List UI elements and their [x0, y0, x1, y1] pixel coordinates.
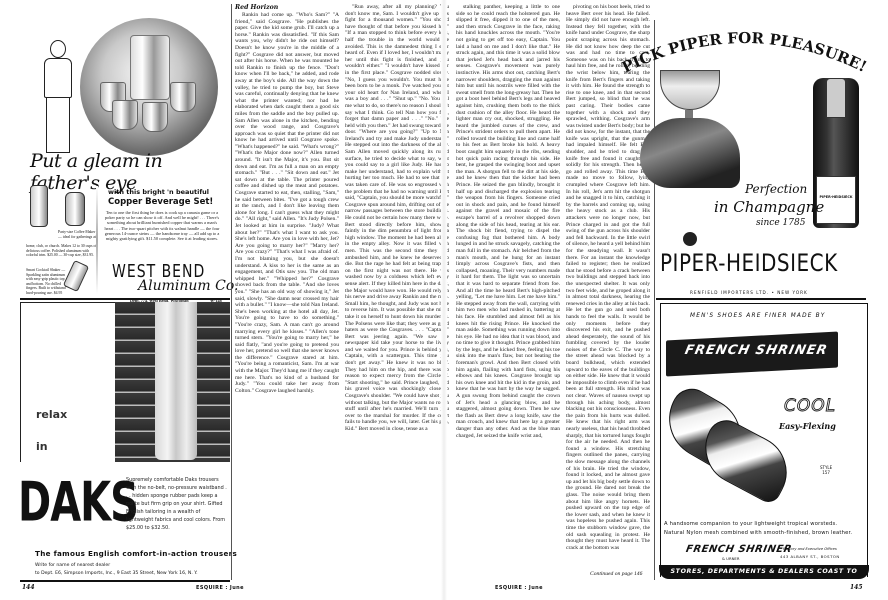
copper-pitcher-illustration [130, 35, 170, 100]
story-column-2: "Run away, after all my planning? You do… [345, 4, 449, 580]
west-bend-subhead: with this bright 'n beautiful [108, 188, 209, 196]
story-paragraph: pivoting on his boot heels, tried to hea… [566, 4, 650, 551]
daks-frame [20, 302, 116, 462]
story-column-1: Rankin had come up. "Who's Sam?" "A frie… [235, 12, 339, 580]
west-bend-body-copy: Ten to one the first thing he does is co… [104, 210, 220, 241]
hand-illustration [640, 118, 740, 188]
divider [20, 580, 230, 582]
daks-trousers-photo [155, 302, 197, 460]
fs-style-value: 157 [820, 470, 832, 475]
story-paragraph: Rankin had come up. "Who's Sam?" "A frie… [235, 12, 339, 394]
page-gutter [441, 0, 447, 600]
bottle-foil-neck [826, 78, 846, 118]
fs-logo: FRENCH SHRINER [685, 544, 793, 555]
piper-importer: RENFIELD IMPORTERS LTD. • NEW YORK [690, 290, 808, 295]
story-paragraph: "Run away, after all my planning? You do… [345, 4, 449, 433]
piper-brand-logo: PIPER-HEIDSIECK [660, 248, 838, 277]
piper-seal-icon [683, 232, 697, 246]
story-column-3: stalking panther, keeping a little to on… [456, 4, 560, 580]
man-with-tray-illustration [38, 40, 78, 155]
mug-illustration [170, 82, 196, 112]
left-page-number: 144 [22, 584, 35, 591]
fs-banner-logo: FRENCH SHRINER [683, 343, 829, 358]
daks-tagline: The famous English comfort-in-action tro… [35, 549, 237, 558]
column-rule [654, 20, 655, 580]
fs-style-number: STYLE 157 [820, 465, 832, 475]
divider [96, 186, 98, 294]
svg-text:PICK PIPER FOR PLEASURE!: PICK PIPER FOR PLEASURE! [619, 29, 870, 77]
story-title: Red Horizon [235, 4, 278, 11]
fs-logo-sub: & URNER [722, 556, 739, 561]
daks-address: to Dept. E6, Simpson Imports, Inc., 9 Ea… [35, 571, 198, 576]
cocktail-shaker-caption: Smart Cocktail Shaker — Sparkling satin … [26, 268, 68, 295]
daks-dealer-line: Write for name of nearest dealer [35, 563, 110, 568]
coffee-urn-illustration [30, 185, 48, 227]
column-rule [231, 4, 232, 580]
right-footer-magazine: ESQUIRE : June [495, 585, 543, 591]
continued-note: Continued on page 146 [590, 571, 642, 577]
right-page-number: 145 [850, 584, 863, 591]
mug-illustration [142, 102, 168, 132]
fs-description-2: Natural Nylon mesh combined with smooth-… [664, 530, 852, 536]
coffee-maker-caption: Party-size Coffee Maker — ideal for gath… [58, 230, 98, 239]
fs-description-1: A handsome companion to your lightweight… [664, 521, 837, 527]
piper-headline-arc: PICK PIPER FOR PLEASURE! [610, 18, 880, 78]
piper-tagline-2: in Champagne [714, 198, 824, 216]
piper-tagline-1: Perfection [745, 182, 807, 196]
daks-in-text: in [36, 440, 48, 453]
story-column-4: pivoting on his boot heels, tried to hea… [566, 4, 650, 570]
mug-illustration [112, 100, 138, 130]
fs-footer-bar: STORES, DEPARTMENTS & DEALERS COAST TO C… [659, 565, 869, 579]
west-bend-logo-script: Aluminum Co. [138, 278, 238, 294]
divider [656, 298, 866, 300]
story-paragraph: stalking panther, keeping a little to on… [456, 4, 560, 439]
divider [20, 298, 230, 300]
coffee-maker-caption-body: home, club, or church. Makes 12 to 30 cu… [26, 244, 98, 258]
coffee-maker-illustration [65, 192, 85, 226]
piper-tagline-3: since 1785 [756, 218, 805, 228]
west-bend-product-name: Copper Beverage Set! [108, 197, 213, 207]
piper-headline: PICK PIPER FOR PLEASURE! [619, 29, 870, 77]
west-bend-ad [0, 0, 230, 118]
daks-logo: DAKS [18, 472, 138, 534]
champagne-glass-illustration [660, 70, 720, 110]
fs-top-line: MEN'S SHOES ARE FINER MADE BY [690, 313, 825, 319]
fs-office-address: 443 ALBANY ST., BOSTON [780, 554, 840, 559]
fs-subhead: Easy-Flexing [779, 421, 836, 431]
fs-headline: COOL [784, 396, 836, 416]
fs-office-label: Factory and Executive Offices [783, 547, 837, 551]
left-footer-magazine: ESQUIRE : June [196, 585, 244, 591]
daks-relax-text: relax [36, 408, 67, 421]
daks-body-copy: Supremely comfortable Daks trousers with… [126, 476, 228, 532]
